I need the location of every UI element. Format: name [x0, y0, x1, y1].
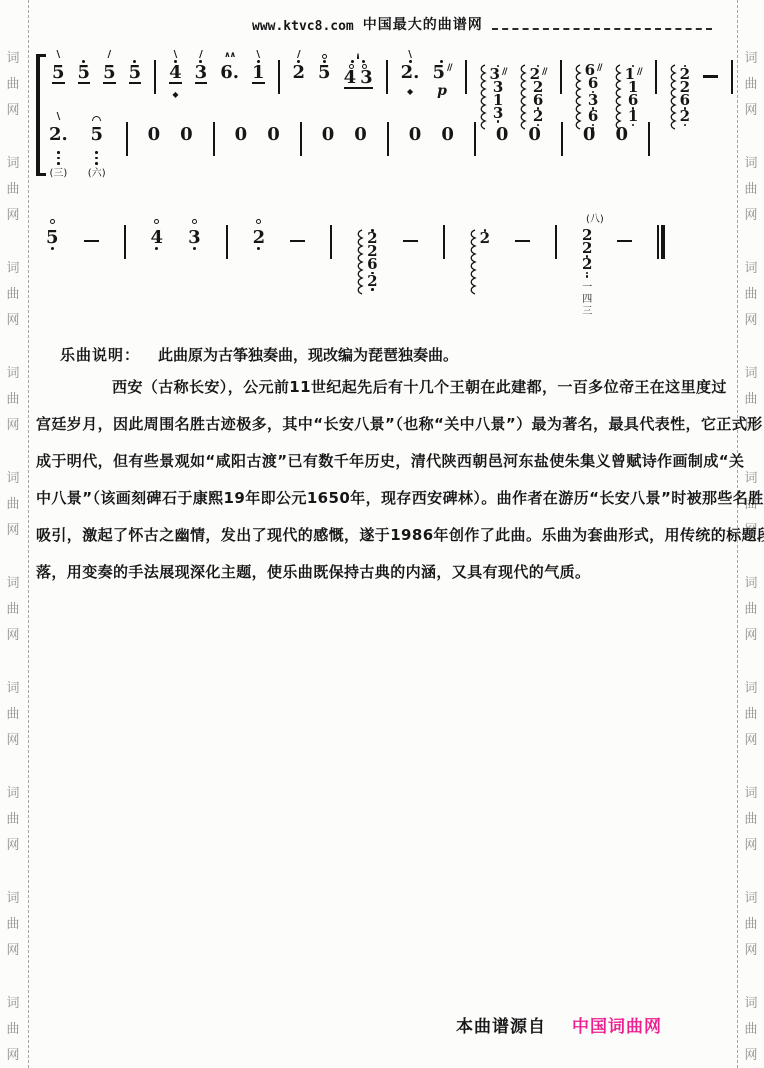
watermark-char: 曲 [744, 918, 757, 931]
watermark-char: 网 [744, 314, 757, 327]
barline [300, 122, 302, 156]
system-1-voices: \55/55\4◆/3∧∧6.\1/2543\2.◆5∕∕p3∕∕3132∕∕2… [47, 48, 733, 179]
watermark-char: 曲 [6, 603, 19, 616]
duration-dash [703, 75, 718, 78]
watermark-char: 词 [6, 52, 19, 65]
barline [474, 122, 476, 156]
note: 3 [188, 213, 201, 251]
system-2-staff: 543222622(八)222一四三 [46, 213, 712, 319]
site-url: www.ktvc8.com [252, 19, 354, 34]
string-label: 一 [582, 282, 592, 294]
watermark-char: 词 [744, 262, 757, 275]
watermark-char: 网 [6, 629, 19, 642]
barline [560, 60, 562, 94]
note: \1 [252, 48, 265, 89]
watermark-char: 曲 [744, 78, 757, 91]
barline [154, 60, 156, 94]
barline [126, 122, 128, 156]
barline [443, 225, 445, 259]
rest: 0 [180, 110, 193, 148]
watermark-char: 词 [744, 472, 757, 485]
description-heading: 乐曲说明： 此曲原为古筝独奏曲，现改编为琵琶独奏曲。 [36, 344, 712, 365]
watermark-char: 网 [6, 419, 19, 432]
watermark-char: 词 [6, 157, 19, 170]
paragraph-line: 中八景”（该画刻碑石于康熙19年即公元1650年，现存西安碑林）。曲作者在游历“… [36, 480, 712, 517]
rest: 0 [267, 110, 280, 148]
rest: 0 [409, 110, 422, 148]
paragraph-line: 宫廷岁月，因此周围名胜古迹极多，其中“长安八景”（也称“关中八景”）最为著名，最… [36, 406, 712, 443]
chord: 2 [470, 229, 490, 297]
barline [226, 225, 228, 259]
watermark-char: 网 [6, 209, 19, 222]
duration-dash [515, 240, 530, 243]
watermark-char: 曲 [6, 813, 19, 826]
paragraph-line: 成于明代，但有些景观如“咸阳古渡”已有数千年历史，清代陕西朝邑河东盐使朱集义曾赋… [36, 443, 712, 480]
watermark-char: 词 [744, 997, 757, 1010]
watermark-char: 词 [6, 472, 19, 485]
watermark-char: 词 [744, 787, 757, 800]
watermark-char: 曲 [6, 78, 19, 91]
watermark-char: 网 [744, 209, 757, 222]
watermark-char: 网 [744, 629, 757, 642]
page-content: www.ktvc8.com 中国最大的曲谱网 \55/55\4◆/3∧∧6.\1… [36, 8, 712, 591]
footer-brand-link[interactable]: 中国词曲网 [572, 1012, 662, 1037]
system-1: \55/55\4◆/3∧∧6.\1/2543\2.◆5∕∕p3∕∕3132∕∕2… [36, 48, 712, 179]
string-label: (三) [49, 168, 67, 179]
footer: 本曲谱源自 中国词曲网 [456, 1012, 662, 1037]
paragraph-line: 西安（古称长安），公元前11世纪起先后有十几个王朝在此建都，一百多位帝王在这里度… [36, 369, 712, 406]
chord: 1∕∕161 [615, 64, 642, 132]
watermark-char: 词 [744, 577, 757, 590]
barline [213, 122, 215, 156]
watermark-char: 词 [744, 682, 757, 695]
note: /5 [103, 48, 116, 89]
watermark-char: 曲 [6, 183, 19, 196]
final-barline [657, 225, 665, 259]
watermark-char: 词 [6, 262, 19, 275]
watermark-char: 网 [6, 104, 19, 117]
note: 5 [78, 48, 91, 89]
note: 5 [129, 48, 142, 89]
barline [465, 60, 467, 94]
site-header: www.ktvc8.com 中国最大的曲谱网 [36, 8, 712, 34]
watermark-char: 网 [6, 314, 19, 327]
paragraph-line: 落，用变奏的手法展现深化主题，使乐曲既保持古典的内涵，又具有现代的气质。 [36, 554, 712, 591]
barline [648, 122, 650, 156]
watermark-char: 网 [6, 839, 19, 852]
note: /2 [293, 48, 306, 86]
chord: 2262 [357, 229, 377, 297]
note: \5 [52, 48, 65, 89]
rest: 0 [235, 110, 248, 148]
note: 5(六) [88, 110, 106, 179]
barline [555, 225, 557, 259]
watermark-char: 词 [6, 577, 19, 590]
watermark-char: 曲 [6, 393, 19, 406]
duration-dash [403, 240, 418, 243]
barline [386, 60, 388, 94]
watermark-char: 曲 [744, 708, 757, 721]
description-intro: 此曲原为古筝独奏曲，现改编为琵琶独奏曲。 [158, 344, 458, 365]
watermark-char: 网 [6, 1049, 19, 1062]
watermark-char: 曲 [6, 918, 19, 931]
watermark-char: 词 [744, 367, 757, 380]
watermark-char: 词 [744, 52, 757, 65]
watermark-char: 曲 [744, 813, 757, 826]
site-tagline: 中国最大的曲谱网 [363, 14, 483, 34]
chord: 3∕∕313 [480, 64, 507, 132]
watermark-char: 曲 [744, 1023, 757, 1036]
note: 4 [151, 213, 164, 251]
beamed-group: 43 [344, 48, 373, 89]
watermark-char: 词 [6, 367, 19, 380]
watermark-char: 网 [744, 839, 757, 852]
barline [731, 60, 733, 94]
sheet-music-page: 词曲网词曲网词曲网词曲网词曲网词曲网词曲网词曲网词曲网词曲网 词曲网词曲网词曲网… [0, 0, 764, 1068]
rest: 0 [322, 110, 335, 148]
barline [387, 122, 389, 156]
note: 5 [318, 48, 331, 86]
rest: 0 [148, 110, 161, 148]
note: /3 [195, 48, 208, 89]
watermark-char: 词 [744, 892, 757, 905]
watermark-char: 网 [744, 104, 757, 117]
paragraph-line: 吸引，激起了怀古之幽情，发出了现代的感慨，遂于1986年创作了此曲。乐曲为套曲形… [36, 517, 712, 554]
duration-dash [617, 240, 632, 243]
chord: 6∕∕636 [575, 64, 602, 132]
duration-dash [84, 240, 99, 243]
score: \55/55\4◆/3∧∧6.\1/2543\2.◆5∕∕p3∕∕3132∕∕2… [36, 48, 712, 318]
rest: 0 [441, 110, 454, 148]
note: \2.(三) [49, 110, 68, 179]
description-paragraph: 西安（古称长安），公元前11世纪起先后有十几个王朝在此建都，一百多位帝王在这里度… [36, 369, 712, 591]
note: 2 [253, 213, 266, 251]
note: 5∕∕p [432, 48, 451, 97]
watermark-char: 词 [6, 682, 19, 695]
watermark-char: 曲 [744, 288, 757, 301]
note: 5 [46, 213, 59, 251]
watermark-char: 曲 [744, 603, 757, 616]
watermark-char: 曲 [6, 1023, 19, 1036]
staff-upper-voice: \55/55\4◆/3∧∧6.\1/2543\2.◆5∕∕p3∕∕3132∕∕2… [52, 48, 733, 110]
watermark-char: 曲 [6, 708, 19, 721]
watermark-char: 曲 [6, 498, 19, 511]
barline [278, 60, 280, 94]
barline [655, 60, 657, 94]
watermark-char: 词 [6, 892, 19, 905]
string-label: 三 [582, 306, 592, 318]
watermark-char: 网 [6, 524, 19, 537]
rest: 0 [354, 110, 367, 148]
barline [561, 122, 563, 156]
watermark-char: 词 [6, 997, 19, 1010]
note: \4◆ [169, 48, 182, 100]
description-label: 乐曲说明： [60, 344, 140, 365]
note: \2.◆ [401, 48, 420, 97]
system-bracket [36, 56, 47, 174]
watermark-left: 词曲网词曲网词曲网词曲网词曲网词曲网词曲网词曲网词曲网词曲网 [2, 0, 24, 1068]
duration-dash [290, 240, 305, 243]
left-dashed-rule [28, 0, 29, 1068]
string-label: (六) [88, 168, 106, 179]
chord: 2∕∕262 [520, 64, 547, 132]
chord: 2262 [670, 64, 690, 132]
barline [330, 225, 332, 259]
watermark-char: 曲 [744, 393, 757, 406]
watermark-char: 词 [6, 787, 19, 800]
chord: (八)222一四三 [582, 229, 592, 319]
string-label: 四 [582, 294, 592, 306]
description-section: 乐曲说明： 此曲原为古筝独奏曲，现改编为琵琶独奏曲。 西安（古称长安），公元前1… [36, 344, 712, 591]
footer-prefix: 本曲谱源自 [456, 1012, 546, 1037]
watermark-char: 曲 [744, 183, 757, 196]
watermark-char: 网 [744, 944, 757, 957]
watermark-char: 网 [6, 944, 19, 957]
watermark-char: 曲 [6, 288, 19, 301]
barline [124, 225, 126, 259]
watermark-char: 词 [744, 157, 757, 170]
watermark-char: 网 [744, 1049, 757, 1062]
watermark-char: 网 [6, 734, 19, 747]
header-dotted-line [492, 28, 712, 30]
note: ∧∧6. [220, 48, 239, 86]
position-label: (八) [586, 215, 604, 225]
watermark-char: 网 [744, 734, 757, 747]
